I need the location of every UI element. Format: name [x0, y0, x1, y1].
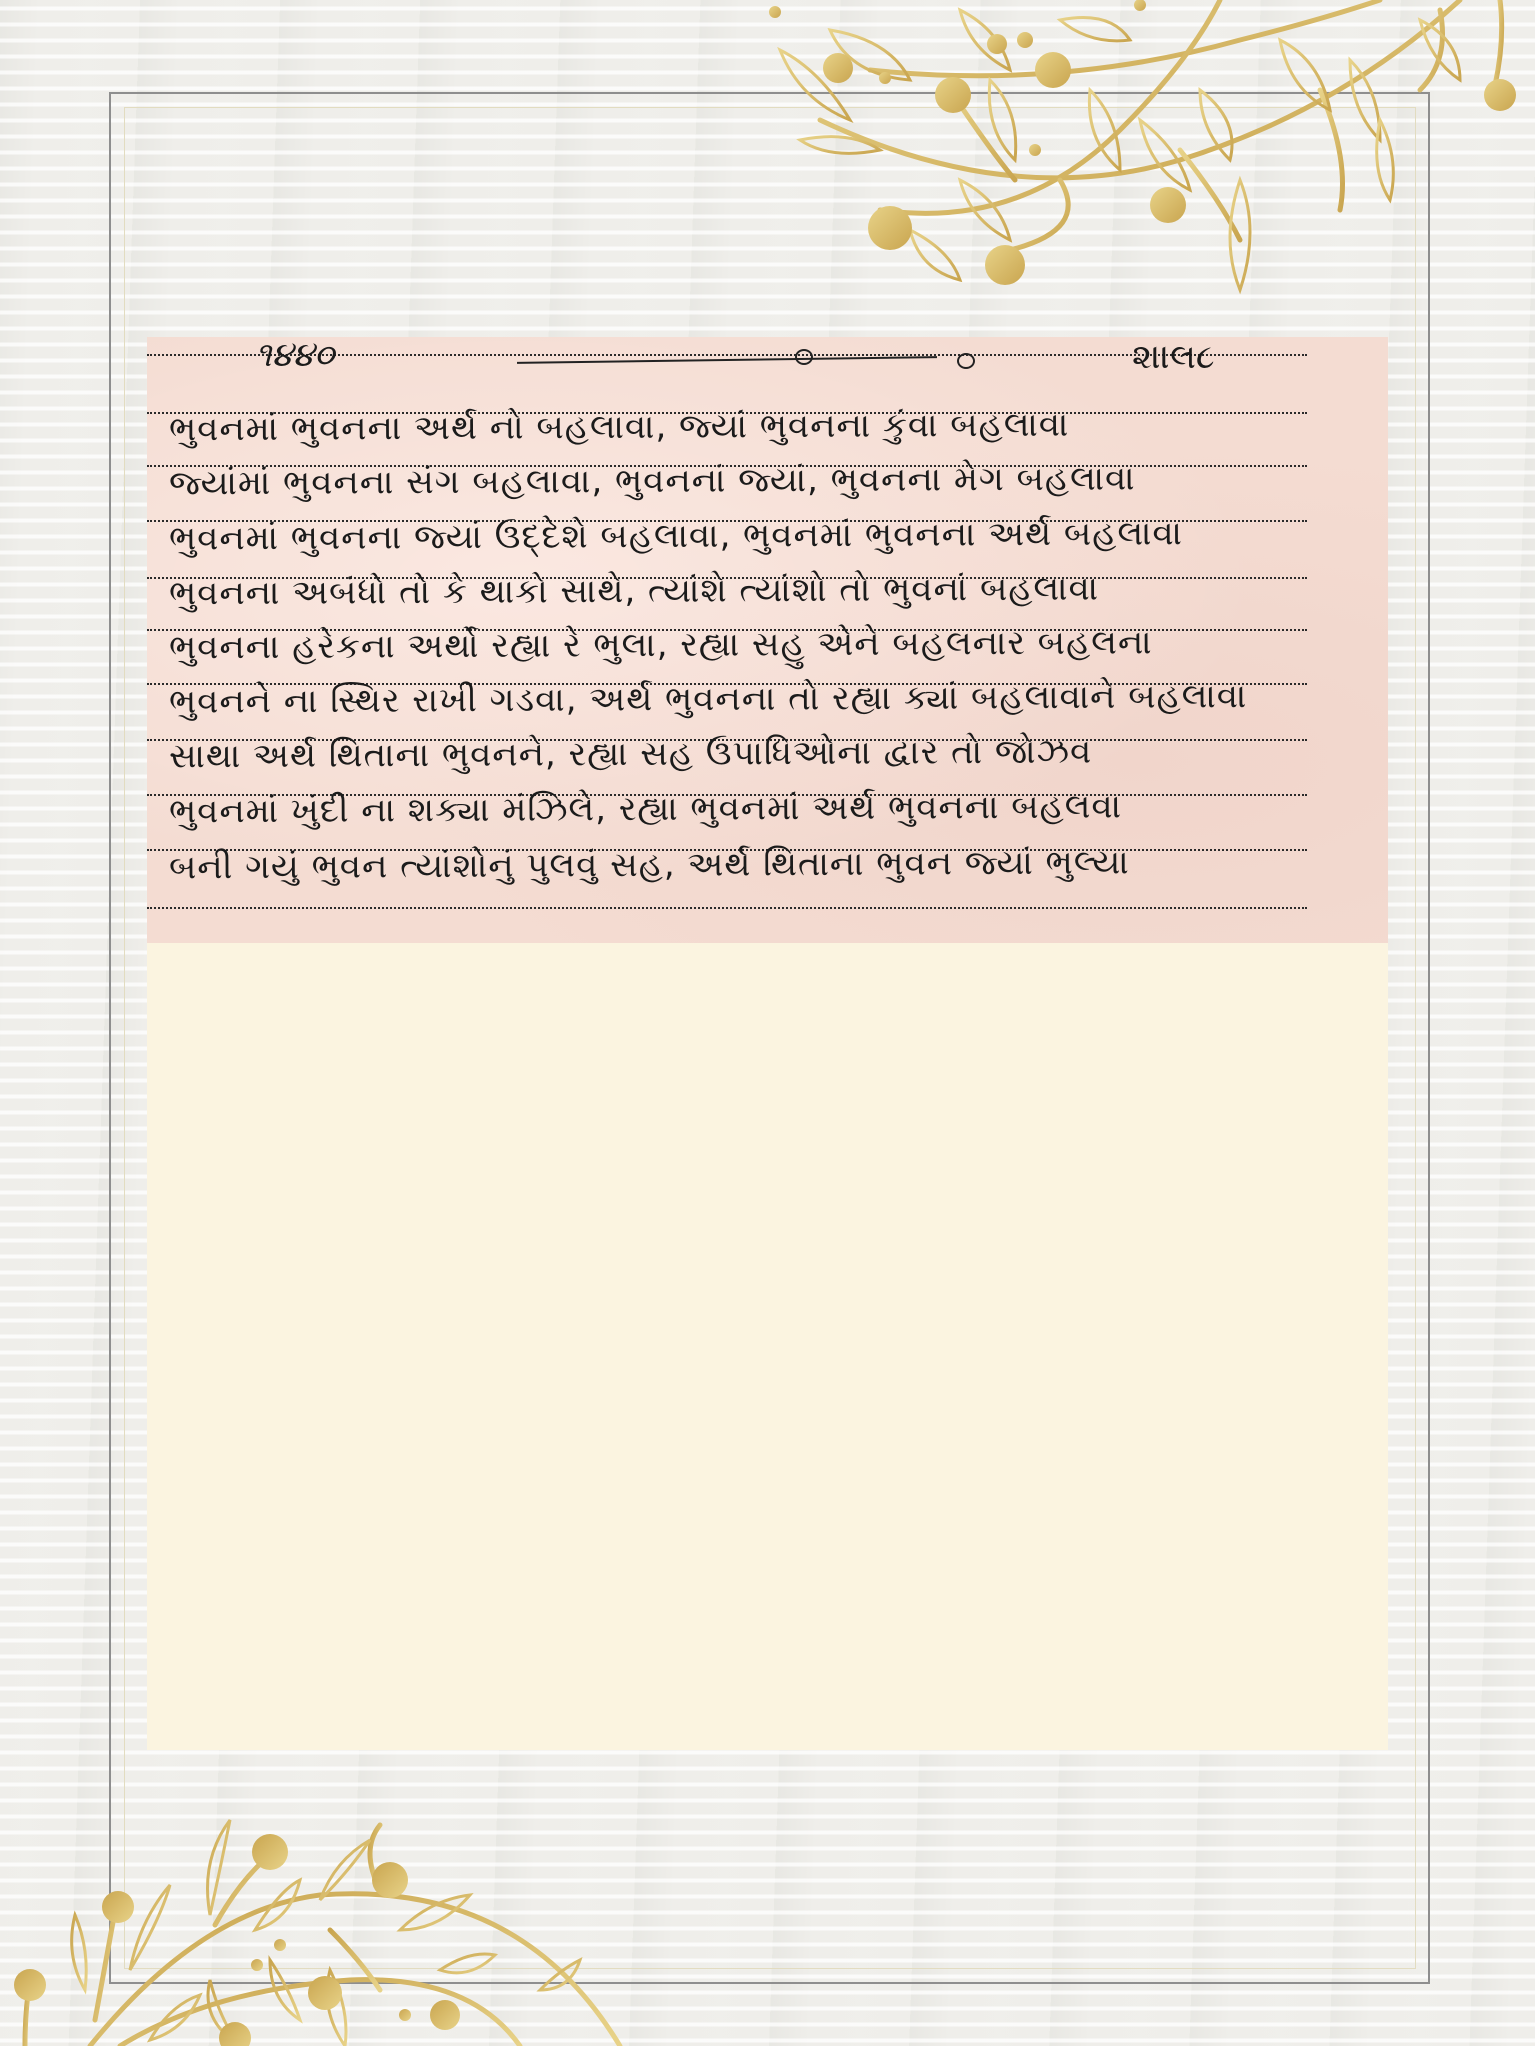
- handwritten-line: ભુવનમાં ભુવનના અર્થ નો બહલાવા, જ્યાં ભુવ…: [169, 405, 1070, 450]
- handwritten-line: ભુવનમાં ભુવનના જ્યાં ઉદ્દેશે બહલાવા, ભુવ…: [169, 513, 1183, 558]
- header-divider-loop: [795, 349, 813, 365]
- header-number: ૧૪૪૦: [255, 337, 334, 375]
- handwritten-line: ભુવનના હરેકના અર્થો રહ્યા રે ભુલા, રહ્યા…: [169, 622, 1153, 667]
- handwritten-line: ભુવનને ના સ્થિર રાખી ગડવા, અર્થ ભુવનના ત…: [169, 676, 1247, 722]
- header-divider: [517, 356, 937, 364]
- header-divider-loop: [957, 353, 975, 369]
- handwritten-line: ભુવનના અબંધો તો કે થાકો સાથે, ત્યાંશે ત્…: [169, 569, 1099, 614]
- handwritten-note-image: ૧૪૪૦ ૨।।લ૮ ભુવનમાં ભુવનના અર્થ નો બહલાવા…: [147, 337, 1388, 943]
- handwritten-line: બની ગયું ભુવન ત્યાંશોનું પુલવું સહ, અર્થ…: [169, 842, 1130, 887]
- handwritten-line: ભુવનમાં ખુંદી ના શક્યા મંઝિલે, રહ્યા ભુવ…: [169, 787, 1122, 832]
- handwritten-line: જ્યાંમાં ભુવનના સંગ બહલાવા, ભુવનનાં જ્યા…: [169, 458, 1136, 503]
- blank-content-area: [147, 943, 1388, 1750]
- handwritten-line: સાથા અર્થ થિતાના ભુવનને, રહ્યા સહ ઉપાધિઓ…: [169, 732, 1092, 777]
- ruled-line: [147, 907, 1307, 909]
- header-date: ૨।।લ૮: [1132, 337, 1215, 377]
